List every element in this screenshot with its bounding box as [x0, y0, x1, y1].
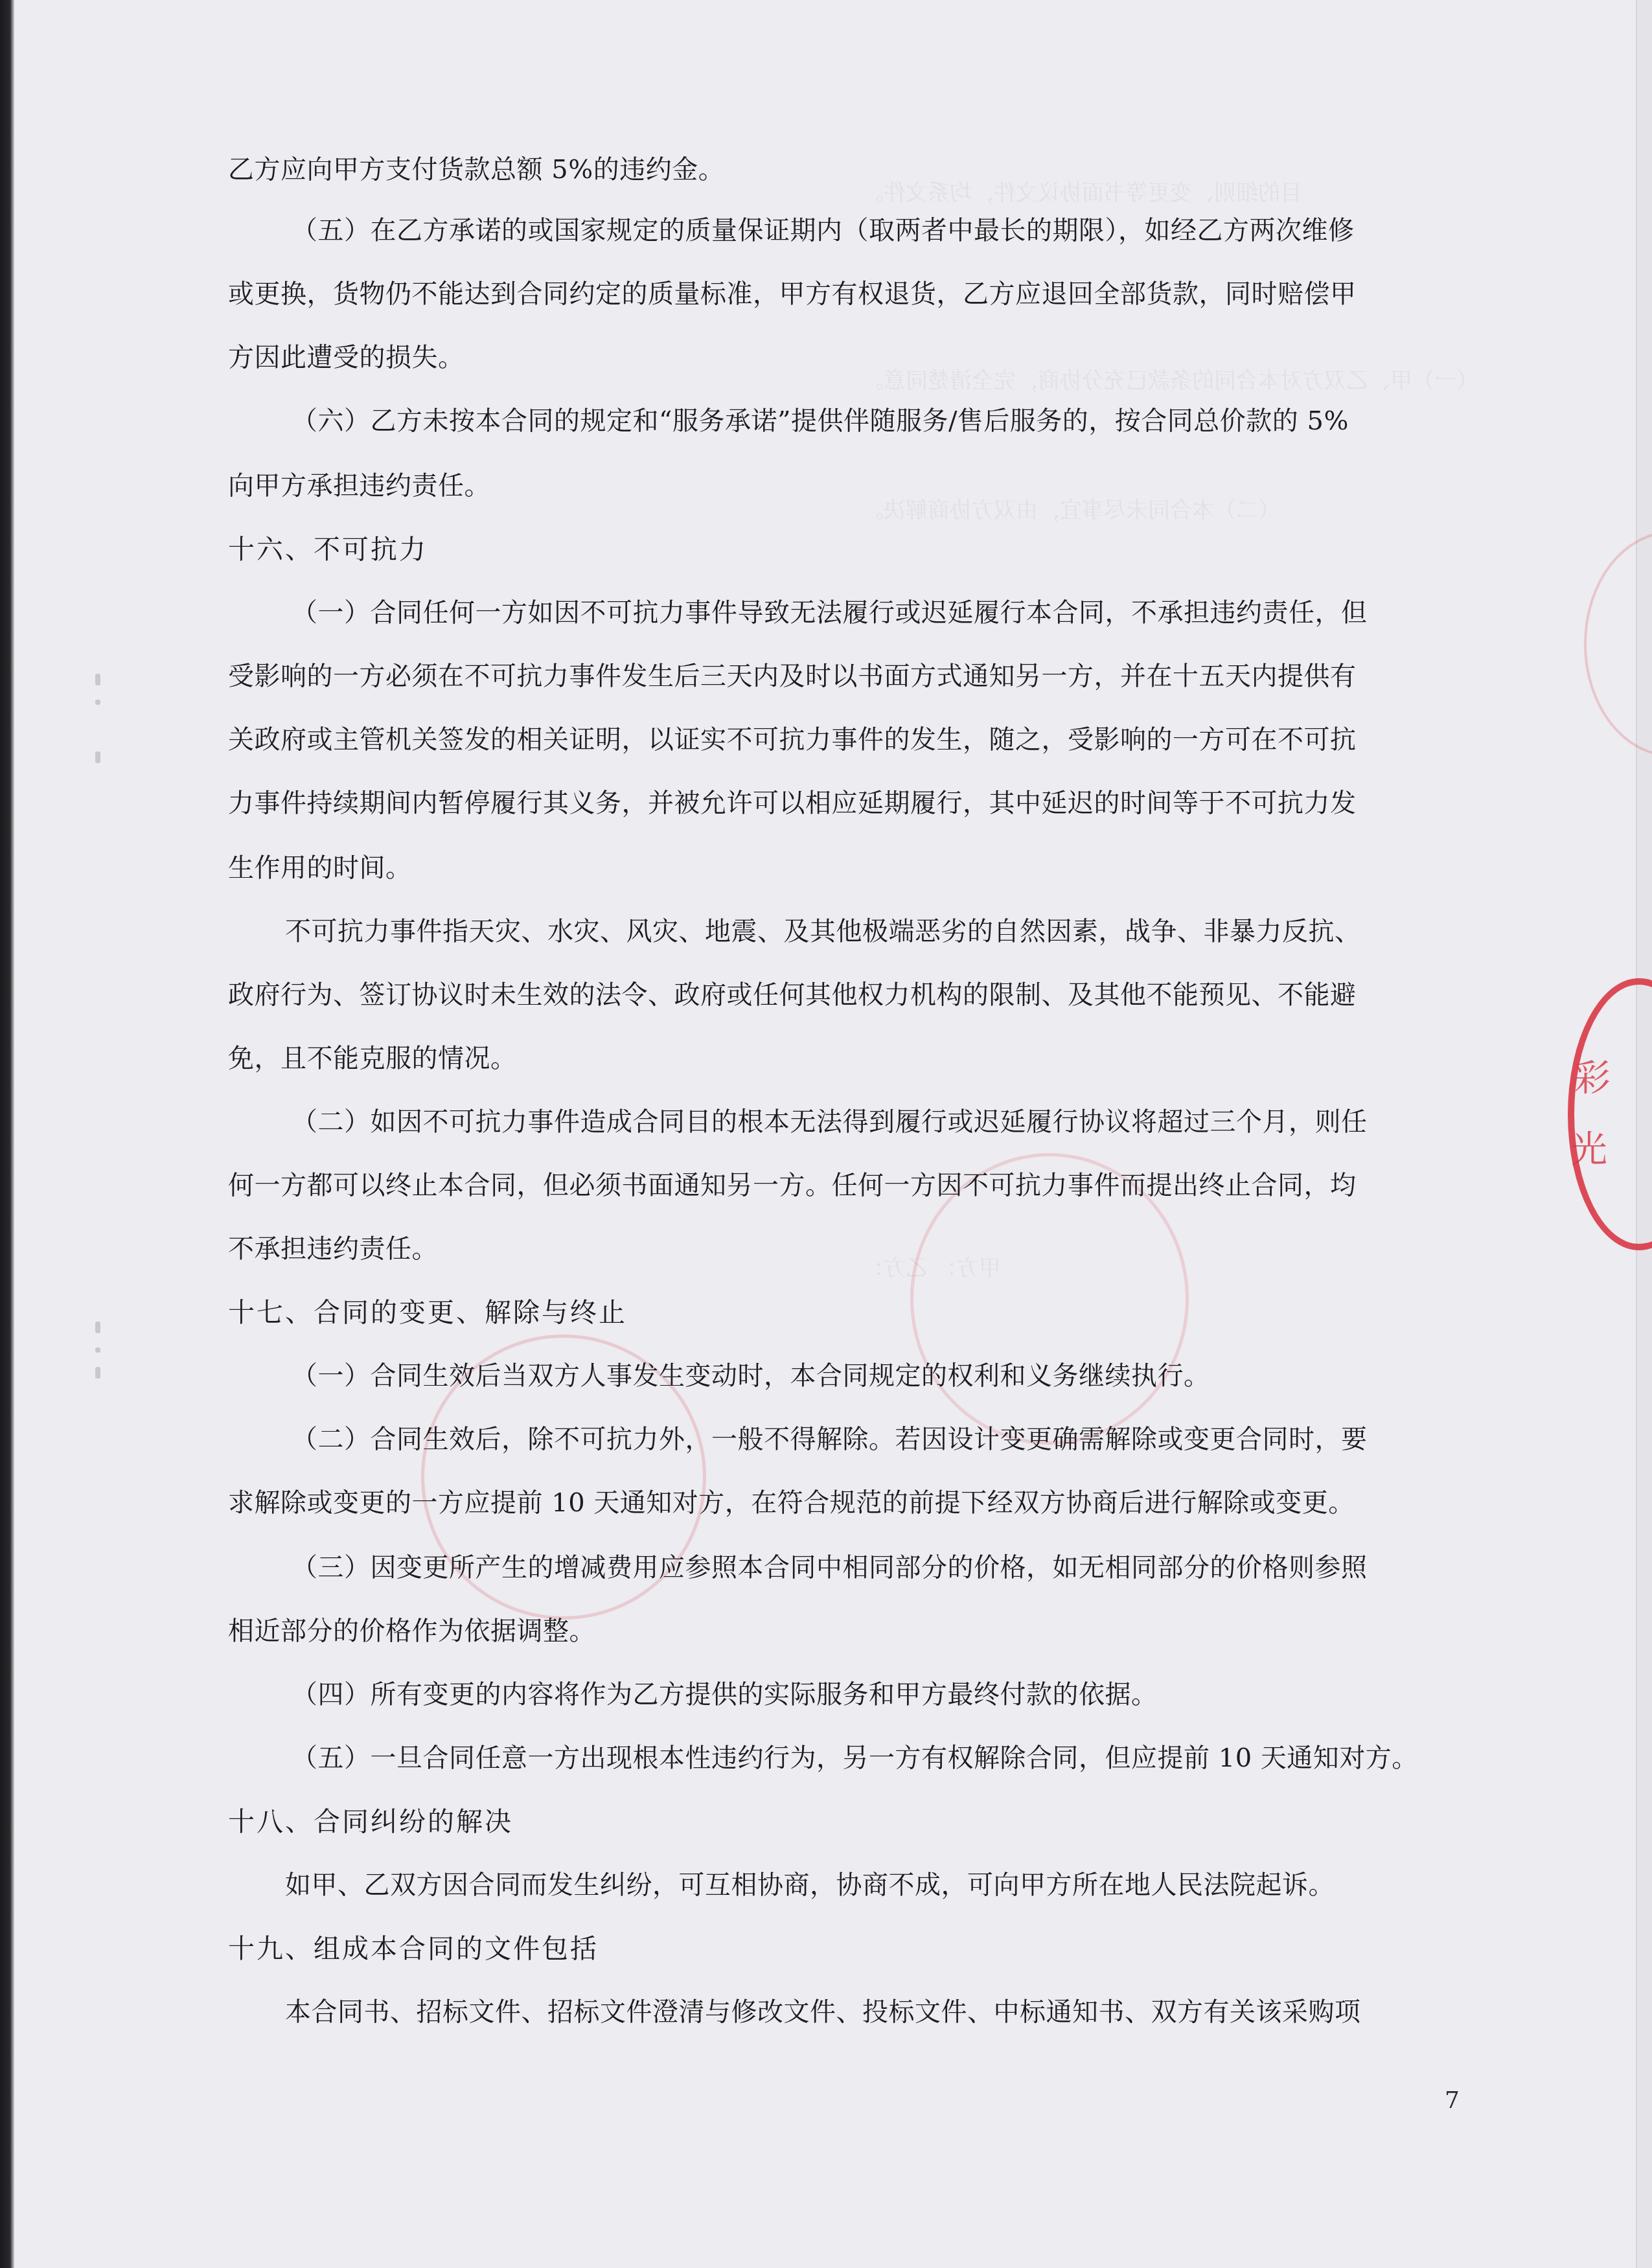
- paragraph-line: （四）所有变更的内容将作为乙方提供的实际服务和甲方最终付款的依据。: [292, 1679, 1158, 1710]
- paragraph-line: 力事件持续期间内暂停履行其义务，并被允许可以相应延期履行，其中延迟的时间等于不可…: [228, 788, 1357, 819]
- bleed-through-text: 目的细则、变更等书面协议文件，均系文件。: [862, 175, 1302, 207]
- paragraph-line: 或更换，货物仍不能达到合同约定的质量标准，甲方有权退货，乙方应退回全部货款，同时…: [228, 279, 1357, 310]
- bleed-through-text: （一）甲、乙双方对本合同的条款已充分协商，完全清楚同意。: [862, 363, 1478, 395]
- section-heading: 十六、不可抗力: [228, 534, 428, 565]
- scanner-edge-shadow: [0, 0, 14, 2268]
- paragraph-line: 不可抗力事件指天灾、水灾、风灾、地震、及其他极端恶劣的自然因素，战争、非暴力反抗…: [285, 916, 1361, 947]
- section-heading: 十九、组成本合同的文件包括: [228, 1933, 599, 1964]
- paragraph-line: （一）合同生效后当双方人事发生变动时，本合同规定的权利和义务继续执行。: [292, 1360, 1210, 1392]
- paragraph-line: （六）乙方未按本合同的规定和“服务承诺”提供伴随服务/售后服务的，按合同总价款的…: [292, 406, 1349, 437]
- paragraph-line: 免，且不能克服的情况。: [228, 1043, 517, 1074]
- paragraph-line: 本合同书、招标文件、招标文件澄清与修改文件、投标文件、中标通知书、双方有关该采购…: [285, 1997, 1361, 2028]
- paragraph-line: 乙方应向甲方支付货款总额 5%的违约金。: [228, 154, 724, 185]
- paragraph-line: （一）合同任何一方如因不可抗力事件导致无法履行或迟延履行本合同，不承担违约责任，…: [292, 597, 1368, 628]
- paragraph-line: （二）合同生效后，除不可抗力外，一般不得解除。若因设计变更确需解除或变更合同时，…: [292, 1424, 1368, 1455]
- paragraph-line: 方因此遭受的损失。: [228, 342, 465, 373]
- bleed-through-text: （二）本合同未尽事宜，由双方协商解决。: [862, 492, 1280, 524]
- paragraph-line: 何一方都可以终止本合同，但必须书面通知另一方。任何一方因不可抗力事件而提出终止合…: [228, 1170, 1357, 1201]
- paragraph-line: （五）在乙方承诺的或国家规定的质量保证期内（取两者中最长的期限），如经乙方两次维…: [292, 215, 1355, 246]
- paragraph-line: 受影响的一方必须在不可抗力事件发生后三天内及时以书面方式通知另一方，并在十五天内…: [228, 661, 1357, 692]
- section-heading: 十八、合同纠纷的解决: [228, 1806, 513, 1837]
- seal-stamp-glyph: 彩: [1574, 1049, 1611, 1101]
- punch-mark: [95, 674, 100, 685]
- punch-mark: [95, 751, 100, 763]
- paragraph-line: 求解除或变更的一方应提前 10 天通知对方，在符合规范的前提下经双方协商后进行解…: [228, 1487, 1355, 1518]
- paragraph-line: 如甲、乙双方因合同而发生纠纷，可互相协商，协商不成，可向甲方所在地人民法院起诉。: [285, 1870, 1335, 1901]
- paragraph-line: 向甲方承担违约责任。: [228, 470, 490, 501]
- punch-mark: [95, 1322, 100, 1333]
- paragraph-line: （二）如因不可抗力事件造成合同目的根本无法得到履行或迟延履行协议将超过三个月，则…: [292, 1106, 1368, 1138]
- paragraph-line: 相近部分的价格作为依据调整。: [228, 1616, 595, 1647]
- seal-stamp-glyph: 光: [1571, 1121, 1607, 1173]
- paragraph-line: 政府行为、签订协议时未生效的法令、政府或任何其他权力机构的限制、及其他不能预见、…: [228, 979, 1357, 1011]
- page-number: 7: [1445, 2087, 1460, 2114]
- section-heading: 十七、合同的变更、解除与终止: [228, 1297, 627, 1328]
- paragraph-line: （三）因变更所产生的增减费用应参照本合同中相同部分的价格，如无相同部分的价格则参…: [292, 1552, 1368, 1583]
- paragraph-line: 生作用的时间。: [228, 853, 412, 884]
- punch-mark: [95, 1367, 100, 1379]
- punch-mark: [95, 1347, 100, 1353]
- paragraph-line: 不承担违约责任。: [228, 1233, 438, 1265]
- punch-mark: [95, 700, 100, 705]
- paragraph-line: （五）一旦合同任意一方出现根本性违约行为，另一方有权解除合同，但应提前 10 天…: [292, 1743, 1418, 1774]
- paragraph-line: 关政府或主管机关签发的相关证明，以证实不可抗力事件的发生，随之，受影响的一方可在…: [228, 724, 1357, 755]
